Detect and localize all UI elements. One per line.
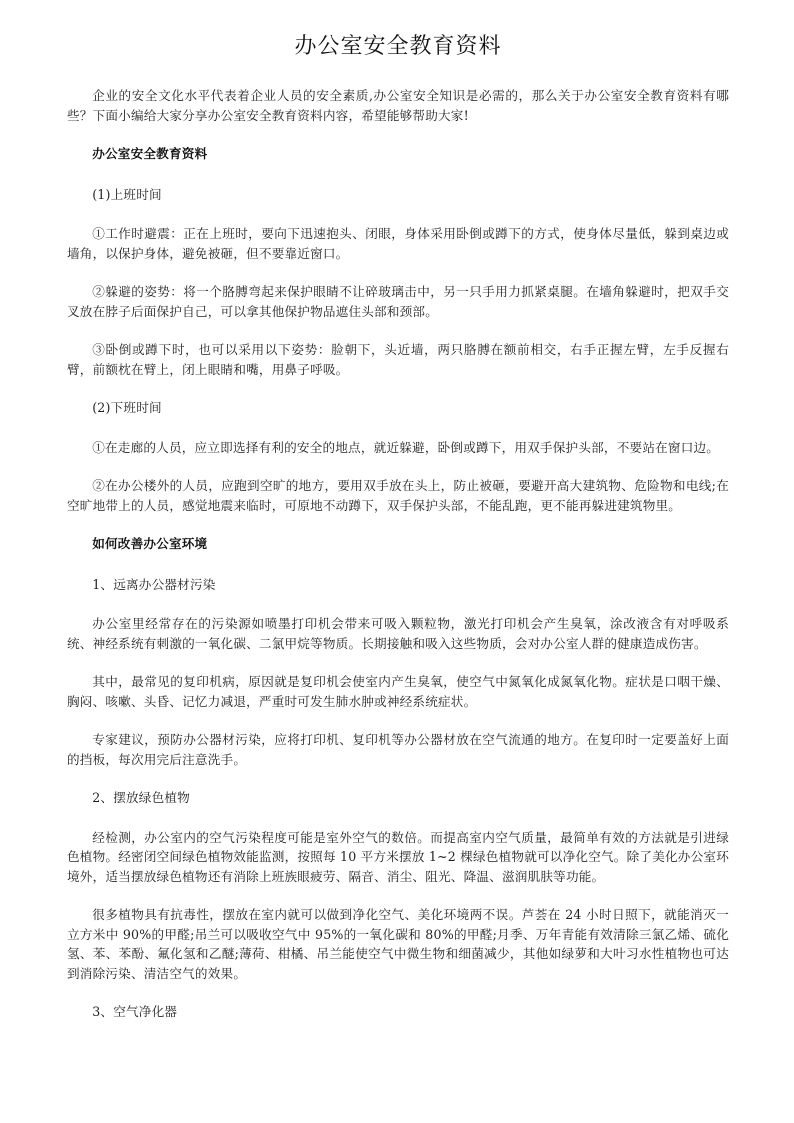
intro-paragraph: 企业的安全文化水平代表着企业人员的安全素质,办公室安全知识是必需的，那么关于办公… [67, 86, 729, 125]
item-title-green-plants: 2、摆放绿色植物 [67, 788, 729, 808]
paragraph-equipment-2: 其中，最常见的复印机病，原因就是复印机会使室内产生臭氧，使空气中氮氧化成氮氧化物… [67, 672, 729, 711]
paragraph-equipment-1: 办公室里经常存在的污染源如喷墨打印机会带来可吸入颗粒物，激光打印机会产生臭氧，涂… [67, 614, 729, 653]
paragraph-plants-1: 经检测，办公室内的空气污染程度可能是室外空气的数倍。而提高室内空气质量，最简单有… [67, 828, 729, 887]
paragraph-off-hours-1: ①在走廊的人员，应立即选择有利的安全的地点，就近躲避，卧倒或蹲下，用双手保护头部… [67, 438, 729, 458]
subheading-off-hours: (2)下班时间 [67, 398, 729, 418]
subheading-work-hours: (1)上班时间 [67, 185, 729, 205]
item-title-equipment-pollution: 1、远离办公器材污染 [67, 575, 729, 595]
paragraph-off-hours-2: ②在办公楼外的人员，应跑到空旷的地方，要用双手放在头上，防止被砸，要避开高大建筑… [67, 476, 729, 515]
paragraph-work-hours-1: ①工作时避震：正在上班时，要向下迅速抱头、闭眼，身体采用卧倒或蹲下的方式，使身体… [67, 224, 729, 263]
paragraph-work-hours-3: ③卧倒或蹲下时，也可以采用以下姿势：脸朝下，头近墙，两只胳膊在额前相交，右手正握… [67, 340, 729, 379]
document-page: 办公室安全教育资料 企业的安全文化水平代表着企业人员的安全素质,办公室安全知识是… [67, 30, 729, 1042]
item-title-air-purifier: 3、空气净化器 [67, 1002, 729, 1022]
document-title: 办公室安全教育资料 [67, 30, 729, 64]
section-heading-improve-environment: 如何改善办公室环境 [67, 534, 729, 554]
paragraph-equipment-3: 专家建议，预防办公器材污染，应将打印机、复印机等办公器材放在空气流通的地方。在复… [67, 730, 729, 769]
section-heading-safety-materials: 办公室安全教育资料 [67, 144, 729, 164]
paragraph-work-hours-2: ②躲避的姿势：将一个胳膊弯起来保护眼睛不让碎玻璃击中，另一只手用力抓紧桌腿。在墙… [67, 282, 729, 321]
paragraph-plants-2: 很多植物具有抗毒性，摆放在室内就可以做到净化空气、美化环境两不误。芦荟在 24 … [67, 905, 729, 983]
